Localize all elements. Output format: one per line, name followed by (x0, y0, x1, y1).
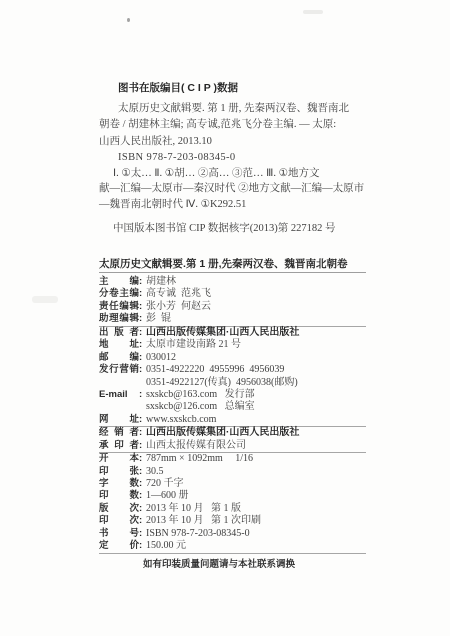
scan-artifact-smudge (32, 296, 58, 303)
field-label: E-mail (99, 389, 139, 401)
row-responsible-editors: 责任编辑: 张小芳 何赵云 (99, 301, 366, 313)
cip-classification-line: 献—汇编—太原市—秦汉时代 ②地方文献—汇编—太原市 (99, 181, 375, 196)
field-value: www.sxskcb.com (146, 414, 216, 426)
print-spec-group: 开本: 787mm × 1092mm 1/16 印张: 30.5 字数: 720… (99, 453, 366, 554)
label-colon: : (139, 301, 146, 313)
cip-block: 图书在版编目( C I P )数据 太原历史文献辑要. 第 1 册, 先秦两汉卷… (99, 80, 375, 236)
field-label: 承印者 (99, 440, 139, 452)
field-value: sxskcb@126.com 总编室 (146, 401, 255, 413)
field-value: 高专诚 范兆飞 (146, 288, 211, 300)
field-label: 定价 (99, 540, 139, 552)
label-colon: : (139, 528, 146, 540)
label-colon: : (139, 427, 146, 439)
label-colon: : (139, 327, 146, 339)
label-colon: : (139, 540, 146, 552)
row-distribution-phone: 发行营销: 0351-4922220 4955996 4956039 (99, 364, 366, 376)
field-value: 2013 年 10 月 第 1 次印刷 (146, 515, 261, 527)
quality-notice: 如有印装质量问题请与本社联系调换 (99, 558, 366, 571)
field-value: 彭 锟 (146, 313, 171, 325)
row-distribution-phone-2: 0351-4922127(传真) 4956038(邮购) (99, 377, 366, 389)
field-value: 山西太报传媒有限公司 (146, 440, 246, 452)
field-label: 责任编辑 (99, 301, 139, 313)
cip-description-line: 朝卷 / 胡建林主编; 高专诚,范兆飞分卷主编. — 太原: (99, 117, 375, 133)
colophon-block: 太原历史文献辑要.第 1 册,先秦两汉卷、魏晋南北朝卷 主编: 胡建林 分卷主编… (99, 258, 366, 571)
field-label: 书号 (99, 528, 139, 540)
row-address: 地址: 太原市建设南路 21 号 (99, 339, 366, 351)
label-colon: : (139, 503, 146, 515)
label-colon: : (139, 288, 146, 300)
label-colon: : (139, 276, 146, 288)
field-label: 网址 (99, 414, 139, 426)
label-colon: : (139, 352, 146, 364)
field-value: 787mm × 1092mm 1/16 (146, 453, 253, 465)
label-colon: : (139, 389, 146, 401)
row-word-count: 字数: 720 千字 (99, 478, 366, 490)
field-label: 印张 (99, 466, 139, 478)
label-colon-hidden (139, 401, 146, 413)
field-label: 版次 (99, 503, 139, 515)
field-label: 出版者 (99, 327, 139, 339)
cip-description-line: 山西人民出版社, 2013.10 (99, 134, 375, 150)
label-colon: : (139, 414, 146, 426)
label-colon: : (139, 490, 146, 502)
label-colon: : (139, 364, 146, 376)
field-value: 1—600 册 (146, 490, 189, 502)
field-value: 0351-4922220 4955996 4956039 (146, 364, 284, 376)
label-colon: : (139, 466, 146, 478)
cip-registration-number: 中国版本图书馆 CIP 数据核字(2013)第 227182 号 (99, 222, 375, 236)
row-volume-editors: 分卷主编: 高专诚 范兆飞 (99, 288, 366, 300)
field-label: 地址 (99, 339, 139, 351)
row-edition: 版次: 2013 年 10 月 第 1 版 (99, 503, 366, 515)
label-colon-hidden (139, 377, 146, 389)
field-label: 开本 (99, 453, 139, 465)
row-chief-editor: 主编: 胡建林 (99, 276, 366, 288)
row-website: 网址: www.sxskcb.com (99, 414, 366, 426)
field-value: 30.5 (146, 466, 164, 478)
row-distributor: 经销者: 山西出版传媒集团·山西人民出版社 (99, 427, 366, 439)
field-label: 发行营销 (99, 364, 139, 376)
cip-classification-line: —魏晋南北朝时代 Ⅳ. ①K292.51 (99, 197, 375, 212)
field-label: 印数 (99, 490, 139, 502)
distributor-group: 经销者: 山西出版传媒集团·山西人民出版社 承印者: 山西太报传媒有限公司 (99, 427, 366, 453)
cip-classification-line: Ⅰ. ①太… Ⅱ. ①胡… ②高… ③范… Ⅲ. ①地方文 (99, 166, 375, 181)
field-value: 720 千字 (146, 478, 184, 490)
label-colon: : (139, 453, 146, 465)
field-label: 字数 (99, 478, 139, 490)
row-print-run: 印数: 1—600 册 (99, 490, 366, 502)
field-value: sxskcb@163.com 发行部 (146, 389, 255, 401)
cip-heading: 图书在版编目( C I P )数据 (99, 80, 375, 96)
field-value: 030012 (146, 352, 176, 364)
field-label: 主编 (99, 276, 139, 288)
field-value: 山西出版传媒集团·山西人民出版社 (146, 427, 299, 439)
row-email-2: sxskcb@126.com 总编室 (99, 401, 366, 413)
editor-group: 主编: 胡建林 分卷主编: 高专诚 范兆飞 责任编辑: 张小芳 何赵云 助理编辑… (99, 276, 366, 327)
scan-artifact-speck (127, 18, 130, 22)
book-title: 太原历史文献辑要.第 1 册,先秦两汉卷、魏晋南北朝卷 (99, 258, 366, 273)
row-publisher: 出版者: 山西出版传媒集团·山西人民出版社 (99, 327, 366, 339)
field-label: 邮编 (99, 352, 139, 364)
field-value: 太原市建设南路 21 号 (146, 339, 241, 351)
field-label: 经销者 (99, 427, 139, 439)
colophon-rows: 主编: 胡建林 分卷主编: 高专诚 范兆飞 责任编辑: 张小芳 何赵云 助理编辑… (99, 276, 366, 554)
label-colon: : (139, 515, 146, 527)
field-value: 150.00 元 (146, 540, 186, 552)
row-assistant-editor: 助理编辑: 彭 锟 (99, 313, 366, 325)
label-colon: : (139, 478, 146, 490)
row-printing: 印次: 2013 年 10 月 第 1 次印刷 (99, 515, 366, 527)
cip-classification: Ⅰ. ①太… Ⅱ. ①胡… ②高… ③范… Ⅲ. ①地方文 献—汇编—太原市—秦… (99, 166, 375, 212)
row-postcode: 邮编: 030012 (99, 352, 366, 364)
row-sheets: 印张: 30.5 (99, 466, 366, 478)
scan-artifact-smudge (303, 10, 323, 14)
field-label: 印次 (99, 515, 139, 527)
cip-description: 太原历史文献辑要. 第 1 册, 先秦两汉卷、魏晋南北 朝卷 / 胡建林主编; … (99, 101, 375, 166)
field-label: 分卷主编 (99, 288, 139, 300)
cip-description-line: 太原历史文献辑要. 第 1 册, 先秦两汉卷、魏晋南北 (99, 101, 375, 117)
row-format: 开本: 787mm × 1092mm 1/16 (99, 453, 366, 465)
field-value: 张小芳 何赵云 (146, 301, 211, 313)
scanned-copyright-page: 图书在版编目( C I P )数据 太原历史文献辑要. 第 1 册, 先秦两汉卷… (0, 0, 450, 636)
row-printer: 承印者: 山西太报传媒有限公司 (99, 440, 366, 452)
field-value: 2013 年 10 月 第 1 版 (146, 503, 241, 515)
field-label: 助理编辑 (99, 313, 139, 325)
field-value: 山西出版传媒集团·山西人民出版社 (146, 327, 299, 339)
label-colon: : (139, 339, 146, 351)
field-value: 胡建林 (146, 276, 176, 288)
row-price: 定价: 150.00 元 (99, 540, 366, 552)
row-isbn: 书号: ISBN 978-7-203-08345-0 (99, 528, 366, 540)
cip-isbn-line: ISBN 978-7-203-08345-0 (99, 150, 375, 166)
row-email: E-mail: sxskcb@163.com 发行部 (99, 389, 366, 401)
publisher-group: 出版者: 山西出版传媒集团·山西人民出版社 地址: 太原市建设南路 21 号 邮… (99, 327, 366, 428)
field-value: ISBN 978-7-203-08345-0 (146, 528, 250, 540)
field-value: 0351-4922127(传真) 4956038(邮购) (146, 377, 298, 389)
label-colon: : (139, 440, 146, 452)
label-colon: : (139, 313, 146, 325)
